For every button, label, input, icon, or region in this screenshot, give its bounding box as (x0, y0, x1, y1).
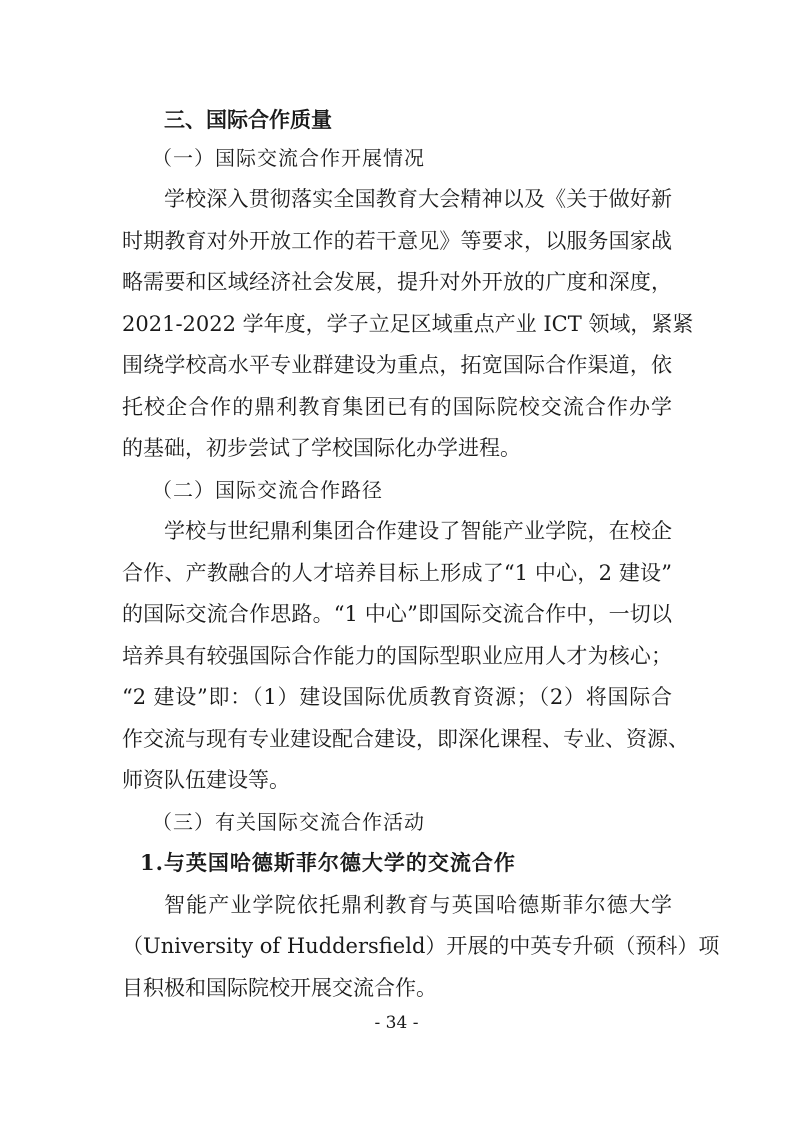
paragraph-line: “2 建设”即：（1）建设国际优质教育资源；（2）将国际合 (122, 683, 672, 711)
paragraph-line: 师资队伍建设等。 (122, 766, 672, 794)
paragraph-line: （University of Huddersfield）开展的中英专升硕（预科）… (122, 932, 672, 960)
paragraph-line: 作交流与现有专业建设配合建设，即深化课程、专业、资源、 (122, 725, 672, 753)
paragraph-line: 学校深入贯彻落实全国教育大会精神以及《关于做好新 (164, 185, 672, 213)
subsection-heading-3: （三）有关国际交流合作活动 (152, 808, 425, 836)
section-heading: 三、国际合作质量 (164, 106, 332, 134)
paragraph-line: 学校与世纪鼎利集团合作建设了智能产业学院，在校企 (164, 517, 672, 545)
subsection-heading-2: （二）国际交流合作路径 (152, 476, 383, 504)
paragraph-line: 2021-2022 学年度，学子立足区域重点产业 ICT 领域，紧紧 (122, 310, 672, 338)
paragraph-line: 的基础，初步尝试了学校国际化办学进程。 (122, 434, 672, 462)
paragraph-line: 时期教育对外开放工作的若干意见》等要求，以服务国家战 (122, 227, 672, 255)
page-number: - 34 - (0, 1013, 793, 1033)
document-page: 三、国际合作质量 （一）国际交流合作开展情况 学校深入贯彻落实全国教育大会精神以… (0, 0, 793, 1122)
paragraph-line: 的国际交流合作思路。“1 中心”即国际交流合作中，一切以 (122, 600, 672, 628)
paragraph-line: 围绕学校高水平专业群建设为重点，拓宽国际合作渠道，依 (122, 351, 672, 379)
paragraph-line: 托校企合作的鼎利教育集团已有的国际院校交流合作办学 (122, 393, 672, 421)
paragraph-line: 合作、产教融合的人才培养目标上形成了“1 中心，2 建设” (122, 559, 672, 587)
paragraph-line: 培养具有较强国际合作能力的国际型职业应用人才为核心； (122, 642, 672, 670)
paragraph-line: 略需要和区域经济社会发展，提升对外开放的广度和深度， (122, 268, 672, 296)
paragraph-line: 智能产业学院依托鼎利教育与英国哈德斯菲尔德大学 (164, 891, 672, 919)
subsection-heading-1: （一）国际交流合作开展情况 (152, 144, 425, 172)
item-heading: 1.与英国哈德斯菲尔德大学的交流合作 (140, 849, 516, 877)
paragraph-line: 目积极和国际院校开展交流合作。 (122, 974, 672, 1002)
